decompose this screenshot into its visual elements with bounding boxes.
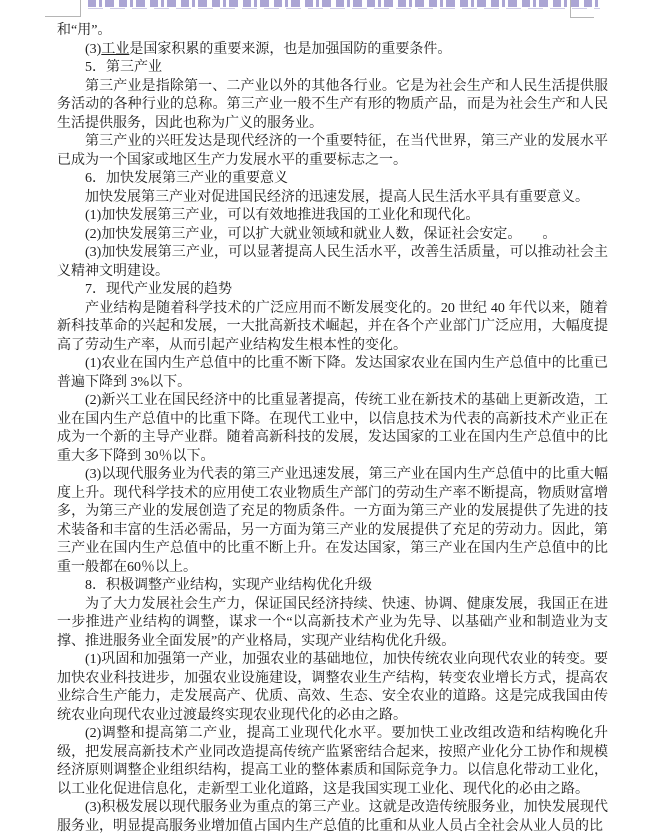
paragraph-text: 是国家积累的重要来源，也是加强国防的重要条件。 [129,42,451,57]
clipped-top-text-underline [88,8,600,9]
paragraph[interactable]: 产业结构是随着科学技术的广泛应用而不断发展变化的。20 世纪 40 年代以来，随… [57,300,608,356]
text-boundary-mark-top-right [570,0,594,18]
paragraph[interactable]: 和“用”。 [57,22,608,41]
paragraph[interactable]: (3)以现代服务业为代表的第三产业迅速发展，第三产业在国内生产总值中的比重大幅度… [57,466,608,577]
paragraph[interactable]: (3)加快发展第三产业，可以显著提高人民生活水平，改善生活质量，可以推动社会主义… [57,244,608,281]
paragraph[interactable]: (1)农业在国内生产总值中的比重不断下降。发达国家农业在国内生产总值中的比重已普… [57,355,608,392]
paragraph[interactable]: (3)工业是国家积累的重要来源，也是加强国防的重要条件。 [57,41,608,60]
section-heading[interactable]: 6．加快发展第三产业的重要意义 [57,170,608,189]
paragraph[interactable]: (3)积极发展以现代服务业为重点的第三产业。这就是改造传统服务业，加快发展现代服… [57,799,608,836]
paragraph[interactable]: 第三产业是指除第一、二产业以外的其他各行业。它是为社会生产和人民生活提供服务活动… [57,78,608,134]
paragraph[interactable]: (1)加快发展第三产业，可以有效地推进我国的工业化和现代化。 [57,207,608,226]
document-page: 和“用”。 (3)工业是国家积累的重要来源，也是加强国防的重要条件。 5．第三产… [0,0,664,838]
paragraph[interactable]: (2)调整和提高第二产业，提高工业现代化水平。要加快工业改组改造和结构晚化升级，… [57,725,608,799]
paragraph[interactable]: (1)巩固和加强第一产业，加强农业的基础地位，加快传统农业向现代农业的转变。要加… [57,651,608,725]
paragraph[interactable]: (2)加快发展第三产业，可以扩大就业领域和就业人数，保证社会安定。 。 [57,226,608,245]
clipped-top-text-line [88,0,600,7]
paragraph[interactable]: 第三产业的兴旺发达是现代经济的一个重要特征，在当代世界，第三产业的发展水平已成为… [57,133,608,170]
list-marker: (3) [85,42,101,57]
section-heading[interactable]: 7．现代产业发展的趋势 [57,281,608,300]
text-boundary-mark-top-left [45,0,81,17]
underlined-term: 工业 [101,42,129,57]
document-text-area[interactable]: 和“用”。 (3)工业是国家积累的重要来源，也是加强国防的重要条件。 5．第三产… [57,22,608,836]
paragraph[interactable]: (2)新兴工业在国民经济中的比重显著提高，传统工业在新技术的基础上更新改造，工业… [57,392,608,466]
paragraph[interactable]: 为了大力发展社会生产力，保证国民经济持续、快速、协调、健康发展，我国正在进一步推… [57,596,608,652]
paragraph[interactable]: 加快发展第三产业对促进国民经济的迅速发展，提高人民生活水平具有重要意义。 [57,189,608,208]
section-heading[interactable]: 5．第三产业 [57,59,608,78]
section-heading[interactable]: 8．积极调整产业结构，实现产业结构优化升级 [57,577,608,596]
